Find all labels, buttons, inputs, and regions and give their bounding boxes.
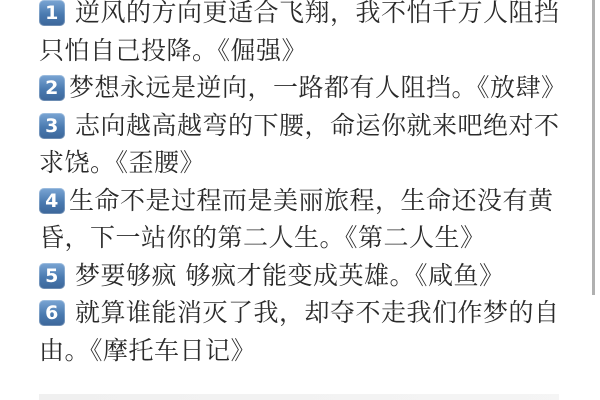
scrollbar[interactable] [592, 0, 595, 295]
quote-text: 就算谁能消灭了我，却夺不走我们作梦的自由。《摩托车日记》 [39, 298, 560, 365]
next-line-fragment [39, 394, 559, 400]
quote-item-6: 6就算谁能消灭了我，却夺不走我们作梦的自由。《摩托车日记》 [39, 294, 579, 369]
quote-text: 梦要够疯 够疯才能变成英雄。《咸鱼》 [75, 261, 504, 290]
quote-list: 1逆风的方向更适合飞翔，我不怕千万人阻挡只怕自己投降。《倔强》 2梦想永远是逆向… [39, 0, 579, 369]
quote-item-4: 4生命不是过程而是美丽旅程，生命还没有黄昏，下一站你的第二人生。《第二人生》 [39, 182, 579, 257]
keycap-1-icon: 1 [39, 0, 65, 26]
quote-text: 逆风的方向更适合飞翔，我不怕千万人阻挡只怕自己投降。《倔强》 [39, 0, 560, 65]
keycap-6-icon: 6 [39, 300, 65, 326]
quote-text: 志向越高越弯的下腰，命运你就来吧绝对不求饶。《歪腰》 [39, 111, 560, 178]
keycap-3-icon: 3 [39, 113, 65, 139]
quote-item-5: 5梦要够疯 够疯才能变成英雄。《咸鱼》 [39, 257, 579, 295]
keycap-4-icon: 4 [39, 188, 65, 214]
quote-item-1: 1逆风的方向更适合飞翔，我不怕千万人阻挡只怕自己投降。《倔强》 [39, 0, 579, 69]
quote-text: 梦想永远是逆向，一路都有人阻挡。《放肆》 [69, 73, 567, 102]
keycap-2-icon: 2 [39, 75, 65, 101]
keycap-5-icon: 5 [39, 263, 65, 289]
quote-text: 生命不是过程而是美丽旅程，生命还没有黄昏，下一站你的第二人生。《第二人生》 [39, 186, 554, 253]
quote-item-2: 2梦想永远是逆向，一路都有人阻挡。《放肆》 [39, 69, 579, 107]
quote-item-3: 3志向越高越弯的下腰，命运你就来吧绝对不求饶。《歪腰》 [39, 107, 579, 182]
